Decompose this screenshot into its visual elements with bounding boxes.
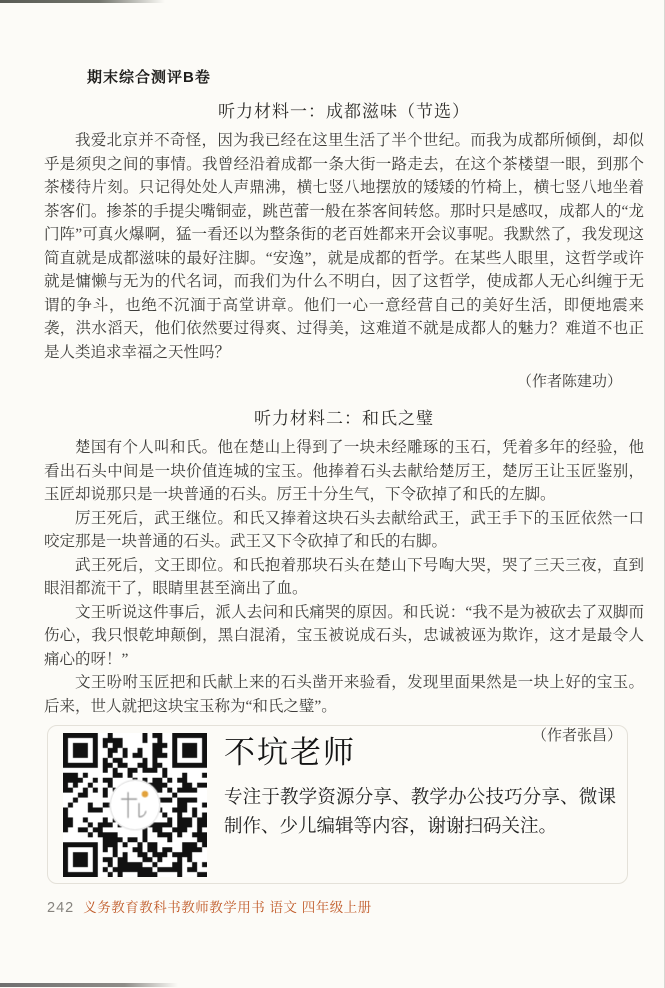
promo-box: 不坑老师 专注于教学资源分享、教学办公技巧分享、微课制作、少儿编辑等内容，谢谢扫… bbox=[47, 725, 628, 884]
paragraph: 文王吩咐玉匠把和氏献上来的石头凿开来验看，发现里面果然是一块上好的宝玉。后来，世… bbox=[44, 671, 644, 718]
document-header: 期末综合测评B卷 bbox=[87, 66, 665, 87]
material1-author: （作者陈建功） bbox=[44, 370, 644, 391]
paragraph: 文王听说这件事后，派人去问和氏痛哭的原因。和氏说：“我不是为被砍去了双脚而伤心，… bbox=[44, 601, 644, 672]
scan-artifact-top-edge bbox=[0, 0, 165, 3]
paragraph: 武王死后，文王即位。和氏抱着那块石头在楚山下号啕大哭，哭了三天三夜，直到眼泪都流… bbox=[44, 554, 644, 601]
material2-title: 听力材料二：和氏之璧 bbox=[44, 404, 644, 429]
page-number: 242 bbox=[47, 900, 74, 916]
paragraph: 我爱北京并不奇怪，因为我已经在这里生活了半个世纪。而我为成都所倾倒，却似乎是须臾… bbox=[44, 129, 644, 364]
promo-title: 不坑老师 bbox=[224, 733, 616, 773]
promo-description: 专注于教学资源分享、教学办公技巧分享、微课制作、少儿编辑等内容，谢谢扫码关注。 bbox=[224, 782, 616, 840]
paragraph: 厉王死后，武王继位。和氏又捧着这块石头去献给武王，武王手下的玉匠依然一口咬定那是… bbox=[44, 507, 644, 554]
scan-artifact-bottom-edge bbox=[0, 983, 178, 987]
scanned-document-page: 期末综合测评B卷 听力材料一：成都滋味（节选） 我爱北京并不奇怪，因为我已经在这… bbox=[0, 0, 665, 988]
book-title: 义务教育教科书教师教学用书 语文 四年级上册 bbox=[83, 896, 372, 916]
material1-text: 我爱北京并不奇怪，因为我已经在这里生活了半个世纪。而我为成都所倾倒，却似乎是须臾… bbox=[44, 129, 644, 364]
document-body: 听力材料一：成都滋味（节选） 我爱北京并不奇怪，因为我已经在这里生活了半个世纪。… bbox=[44, 97, 644, 745]
page-footer: 242 义务教育教科书教师教学用书 语文 四年级上册 bbox=[47, 896, 372, 916]
material1-title: 听力材料一：成都滋味（节选） bbox=[44, 97, 644, 122]
paragraph: 楚国有个人叫和氏。他在楚山上得到了一块未经雕琢的玉石，凭着多年的经验，他看出石头… bbox=[44, 436, 644, 507]
promo-text: 不坑老师 专注于教学资源分享、教学办公技巧分享、微课制作、少儿编辑等内容，谢谢扫… bbox=[224, 726, 616, 840]
qr-code bbox=[63, 733, 207, 877]
material2-text: 楚国有个人叫和氏。他在楚山上得到了一块未经雕琢的玉石，凭着多年的经验，他看出石头… bbox=[44, 436, 644, 718]
